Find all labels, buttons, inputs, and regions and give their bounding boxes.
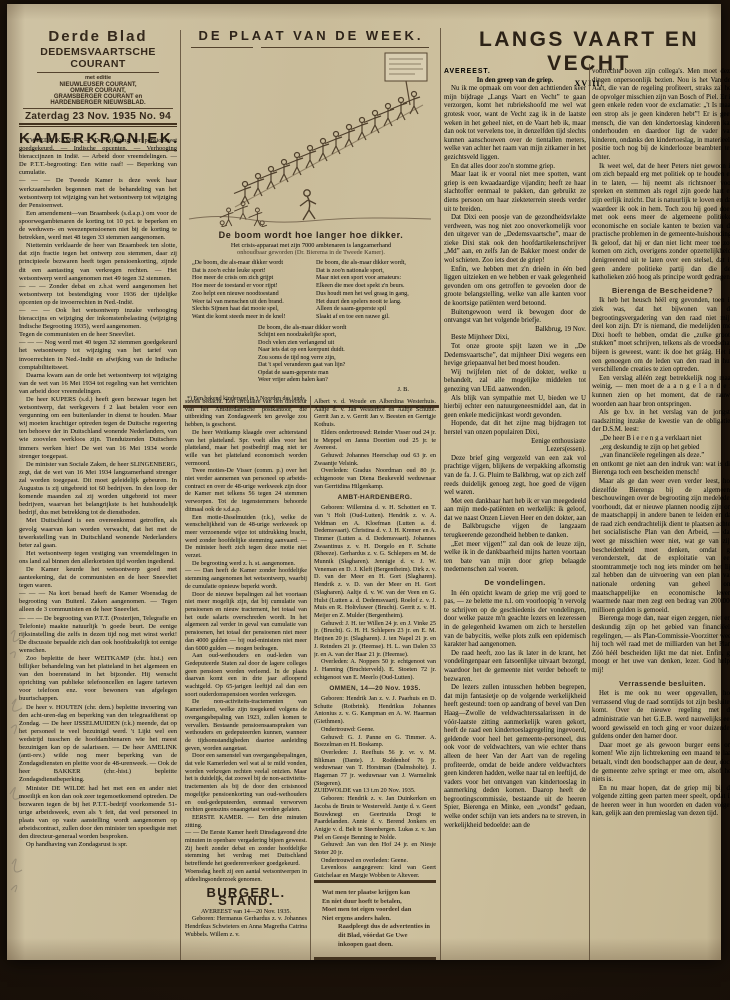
text-line: Wij twijfelen niet of de dokter, welke u… (444, 369, 586, 395)
text-line: Raadpleegt dus de advertenties in dit Bl… (322, 923, 434, 949)
text-line: Dus houdt men het wel graag in gang, (309, 291, 439, 299)
newspaper-page: Derde Blad DEDEMSVAARTSCHE COURANT met e… (7, 4, 721, 960)
text-line: Overleden: Gradus Noordman oud 80 jr. ec… (314, 467, 436, 490)
text-line: Weer tal van menschen uit den brand. (185, 299, 305, 307)
text-line: Elkeen die mee doet spekt z'n beurs. (309, 283, 439, 291)
text-line: „De heer B i e r e n g a verklaart niet (592, 435, 730, 444)
text-line: Woensdag heeft zij een aantal wetsontwer… (185, 868, 307, 883)
text-line: — — Dan heeft de Kamer zonder hoofdelijk… (185, 567, 307, 590)
text-line: De boom, die als-maar dikker wordt (251, 325, 371, 333)
text-line: Daar moet ge als gewoon burger eens om k… (592, 742, 730, 785)
text-line: Want die komt steeds meer in de knel! (185, 314, 305, 322)
text-line: Naar iets dat op een keerpunt duidt. (251, 347, 371, 355)
text-line: De heer KUPERS (s.d.) heeft geen bezwaar… (19, 396, 177, 461)
text-line: Verrassende besluiten. (592, 680, 730, 689)
text-line: Deze brief ging vergezeld van een zak vo… (444, 455, 586, 498)
text-line: Moet men tot eigen voordeel dan (322, 906, 434, 915)
text-line: Ik weet wel, dat de heer Peters niet gew… (592, 163, 730, 283)
text-line: Maar laat ik er vooral niet mee spotten,… (444, 171, 586, 214)
text-line: Als blijk van sympathie met U, bieden we… (444, 395, 586, 421)
text-line: Elders ondertrouwd: Reinder Visser oud 2… (314, 429, 436, 452)
text-line: „De boom, die als-maar dikker wordt (185, 260, 305, 268)
text-line: Op handhaving van Zondagsrust is spr. (19, 841, 177, 849)
poem-signature: J. B. (183, 386, 439, 393)
text-line: De non-activiteits-tractementen van Kame… (185, 698, 307, 752)
text-line: Wat men ter plaatse krijgen kan (322, 889, 434, 898)
text-line: Gehuwd: Jan van den Hof 24 jr. en Niesje… (314, 841, 436, 856)
text-line: AVEREEST. (444, 68, 586, 77)
text-line: De begrooting werd z. h. st. aangenomen. (185, 560, 307, 568)
text-line: Zoo helpt een nieuwe noodtoestand (185, 291, 305, 299)
text-line: De minister van Sociale Zaken, de heer S… (19, 461, 177, 518)
text-line: De Kamer keurde het wetsontwerp goed met… (19, 566, 177, 590)
text-line: Balkbrug, 19 Nov. (444, 326, 586, 335)
dateline: Zaterdag 23 Nov. 1935 No. 94 (19, 111, 177, 122)
text-line: Daarna kwam aan de orde het wetsontwerp … (19, 372, 177, 396)
masthead-rule (37, 72, 159, 73)
text-line: Gehuwd: Johannes Heerschap oud 63 jr. en… (314, 452, 436, 467)
text-line: — — — Ook het wetsontwerp inzake verhoog… (19, 307, 177, 331)
edition-title: Derde Blad (19, 28, 177, 45)
text-line: — — — Na kort beraad heeft de Kamer Woen… (19, 590, 177, 614)
text-line: Hopende, dat dit het zijne mag bijdragen… (444, 420, 586, 437)
text-line: Met een dankbaar hart heb ik er van meeg… (444, 498, 586, 541)
text-line: De boom, die als-maar dikker wordt, (309, 260, 439, 268)
text-line: De raad heeft, zoo las ik later in de kr… (444, 650, 586, 684)
text-line: Geboren: Hendrik Jan z. v. J. Paarhuis e… (314, 695, 436, 726)
text-line: Geboren: Hermanus Gerhardus z. v. Johann… (185, 915, 307, 938)
text-line: En nu maar hopen, dat de griep mij bij d… (592, 785, 730, 819)
text-line: Lezers(essen). (444, 446, 586, 455)
text-line: — — — De Tweede Kamer is deze week haar … (19, 177, 177, 209)
text-line: Als ge b.v. in het verslag van de jongst… (592, 409, 730, 435)
text-line: Gehuwd: J. H. ter Willen 24 jr. en J. Vi… (314, 620, 436, 659)
text-line: voorrechte boven zijn collega's. Men moe… (592, 68, 730, 163)
text-line: Slaakt af en toe een rauwe gil. (309, 314, 439, 322)
text-line: — — — Zonder debat en z.h.st werd aangen… (19, 283, 177, 307)
text-line: Dat is zoo'n nationale sport, (309, 268, 439, 276)
text-line: Nu ik me opmaak om voor den achttienden … (444, 85, 586, 162)
plaat-section: DE PLAAT VAN DE WEEK. (183, 28, 439, 408)
text-line: Een verslag alléén zegt betrekkelijk nog… (592, 375, 730, 409)
text-line: — — De Eerste Kamer heeft Dinsdagavond d… (185, 829, 307, 868)
langs-col-2: voorrechte boven zijn collega's. Men moe… (592, 68, 730, 961)
kamerkroniek-column: TWEEDE KAMER. — De wijziging der pensioe… (19, 137, 177, 961)
plaat-title-underline (261, 47, 429, 48)
poem-column-left: „De boom, die als-maar dikker wordtDat i… (183, 260, 305, 322)
text-line: Met Duitschland is een overeenkomst getr… (19, 517, 177, 549)
text-line: Het duurt den spelers nooit te lang. (309, 299, 439, 307)
text-line: Buitengewoon werd ik bewogen door de ont… (444, 309, 586, 326)
advert-box: Wat men ter plaatse krijgen kanEn niet d… (314, 880, 436, 960)
text-line: Bierenga de Bescheidene? (592, 287, 730, 296)
text-line: De heer Weitkamp klaagde over achterstan… (185, 429, 307, 468)
text-line: Maar als ge dan weer even verder leest, … (592, 478, 730, 616)
text-line: OMMEN, 14—20 Nov. 1935. (314, 685, 436, 693)
text-line: en ontkomt ge niet aan den indruk van: w… (592, 461, 730, 478)
text-line: Door de nieuwe bepalingen zal het voorta… (185, 591, 307, 653)
masthead-thick-rule (19, 123, 177, 125)
text-line: In één opzicht kwam de griep me vrij goe… (444, 590, 586, 650)
text-line: De vondelingen. (444, 579, 586, 588)
text-line: Doch velen zien verlangend uit (251, 340, 371, 348)
text-line: Het wetsontwerp tegen vestiging van vree… (19, 550, 177, 566)
text-line: Dat 't spel veranderen gaat van lijn? (251, 362, 371, 370)
text-line: „erg deskundig te zijn op het gebied (592, 444, 730, 453)
text-line: Overleden: A. Noppers 50 jr. echtgenoot … (314, 658, 436, 681)
poem-column-right: De boom, die als-maar dikker wordt,Dat i… (305, 260, 439, 322)
masthead: Derde Blad DEDEMSVAARTSCHE COURANT met e… (19, 28, 177, 151)
text-line: Levenloos aangegeven: kind van Geert Gut… (314, 864, 436, 878)
text-line: Een motie-IJsselmuiden (r.k.), welke de … (185, 514, 307, 560)
week-plaat-illustration (183, 47, 435, 227)
text-line: De heer v. HOUTEN (chr. dem.) bepleitte … (19, 704, 177, 785)
text-line: Het is me ook nu weer opgevallen, hoe ve… (592, 690, 730, 742)
text-line: Ondertrouwd: Geene. (314, 726, 436, 734)
text-line: TWEEDE KAMER. — De wijziging der pensioe… (19, 137, 177, 177)
text-line: Schijnt een noodzakelijke sport, (251, 332, 371, 340)
text-line: In den greep van de griep. (444, 77, 586, 86)
column-rule (440, 28, 441, 960)
text-line: AVEREEST van 14—20 Nov. 1935. (185, 908, 307, 916)
advert-rule (314, 957, 436, 960)
column-rule (589, 64, 590, 960)
text-line: Een amendement—van Braambeek (s.d.a.p.) … (19, 210, 177, 242)
text-line: Overleden: J. Reefhuis 56 jr. vr. v. M. … (314, 749, 436, 788)
text-line: Bierenga moge dan, naar eigen zeggen, ni… (592, 615, 730, 675)
text-line: Beste Mijnheer Dixi, (444, 334, 586, 343)
text-line: Tegen de communisten en de heer Sneevlie… (19, 331, 177, 339)
text-line: Enfin, we hebben met z'n drieën in één b… (444, 266, 586, 309)
masthead-thick-rule (19, 126, 177, 127)
text-line: Niet ergens anders halen. (322, 915, 434, 924)
text-line: Door een samenstel van overgangsbepaling… (185, 752, 307, 814)
plaat-title-underline (191, 47, 253, 48)
text-line: BURGERL. STAND. (185, 889, 307, 904)
text-line: Niettemin verklaarde de heer van Braambe… (19, 242, 177, 282)
text-line: Aan oud-wethouders en oud-leden van Gede… (185, 652, 307, 698)
text-line: En niet duur hoeft te betalen, (322, 898, 434, 907)
text-line: steeds bedacht. Een circulaire van den d… (185, 398, 307, 429)
text-line: ZUIDWOLDE van 13 t.m 20 Nov. 1935. (314, 787, 436, 795)
text-line: Gehuwd: G. J. Panne en G. Timmer. A. Boe… (314, 734, 436, 749)
text-line: Tot onze groote spijt lazen we in „De De… (444, 343, 586, 369)
text-line: Zou soms de tijd nog verre zijn, (251, 355, 371, 363)
text-line: „Eet meer vijgen!” zal dan ook de leuze … (444, 541, 586, 575)
text-line: Weer vrijer adem halen kan? (251, 377, 371, 385)
middle-col-b: Albert v. d. Woude en Alberdina Westerhu… (314, 398, 436, 878)
text-line: Opdat de saam-geperste man (251, 370, 371, 378)
with-edition-label: met editie (19, 75, 177, 81)
text-line: EERSTE KAMER. — Een drie minuten zitting… (185, 814, 307, 829)
text-line: Ondertrouwd en overleden: Geene. (314, 857, 436, 865)
text-line: — — — Nog werd met 40 tegen 32 stemmen g… (19, 339, 177, 371)
text-line: Zoo bepleitte de heer WEITKAMP (chr. his… (19, 655, 177, 704)
text-line: De lezers zullen intusschen hebben begre… (444, 684, 586, 830)
text-line: Geboren: Willemina d. v. H. Schottert en… (314, 504, 436, 620)
text-line: Minister DE WILDE had het met een en and… (19, 785, 177, 842)
poem-final-stanza: De boom, die als-maar dikker wordtSchijn… (251, 325, 371, 385)
text-line: Dat Dixi een poosje van de gezondheidsvl… (444, 214, 586, 266)
text-line: AMBT-HARDENBERG. (314, 494, 436, 502)
text-line: Twee moties-De Visser (comm. p.) over he… (185, 467, 307, 513)
advert-text: Wat men ter plaatse krijgen kanEn niet d… (314, 883, 436, 953)
text-line: Alleen de saam-geperste spil (309, 306, 439, 314)
sub-edition: HARDENBERGER NIEUWSBLAD. (19, 100, 177, 106)
paper-name: DEDEMSVAARTSCHE COURANT (19, 46, 177, 70)
middle-col-a: steeds bedacht. Een circulaire van den d… (185, 398, 307, 961)
text-line: — — — De begrooting van P.T.T. (Posterij… (19, 615, 177, 655)
langs-col-1: AVEREEST.In den greep van de griep.Nu ik… (444, 68, 586, 961)
text-line: Hoe meer de toestand er voor rijpt! (185, 283, 305, 291)
plaat-subcaption: Het crisis-apparaat met zijn 7000 ambten… (183, 242, 439, 249)
text-line: Hoe meer de crisis om zich grijpt (185, 275, 305, 283)
column-rule (180, 30, 181, 960)
text-line: Slechts Sijmen haat dat mooie spel, (185, 306, 305, 314)
plaat-caption: De boom wordt hoe langer hoe dikker. (183, 230, 439, 240)
text-line: Geboren: Hendrik z. v. Jan Duinkerken en… (314, 795, 436, 841)
text-line: Dat is zoo'n echte leuke sport! (185, 268, 305, 276)
plaat-subcaption: onhoudbaar geworden (Dr. Bierema in de T… (183, 249, 439, 256)
text-line: Ik heb het heusch héél erg gevonden, toe… (592, 297, 730, 374)
text-line: Albert v. d. Woude en Alberdina Westerhu… (314, 398, 436, 429)
text-line: En dat alles door zoo'n stomme griep. (444, 163, 586, 172)
column-rule (310, 396, 311, 960)
text-line: Eenige enthousiaste (444, 438, 586, 447)
text-line: Maar niet een sport voor amateurs: (309, 275, 439, 283)
plaat-title: DE PLAAT VAN DE WEEK. (183, 28, 439, 43)
masthead-rule (23, 108, 173, 109)
text-line: „van financiëele regelingen als deze.” (592, 452, 730, 461)
